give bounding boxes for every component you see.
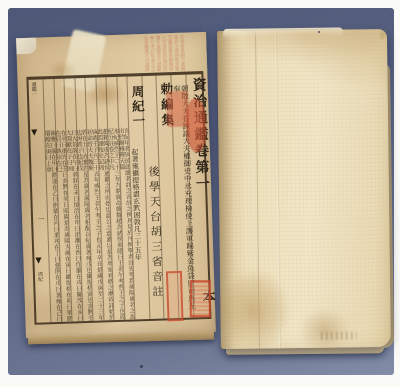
- water-stain: [216, 268, 291, 353]
- photo-background: 朱筆眉批細字歲陽歲名之義困敦赤奮若攝提格單閼執徐大荒落敦牂協洽涒灘作噩閹茂大淵獻…: [8, 8, 394, 375]
- stain: [341, 29, 388, 88]
- photo-frame: 朱筆眉批細字歲陽歲名之義困敦赤奮若攝提格單閼執徐大荒落敦牂協洽涒灘作噩閹茂大淵獻…: [0, 0, 400, 387]
- woodblock-text-frame: 通鑑一 ▼ 一 ▼ 周紀 言紀年者皆放此讀者詳之音註之例具見於凡例學者宜先考焉歲…: [26, 71, 211, 325]
- square-collector-seal: [190, 280, 211, 317]
- torn-corner-patch: [16, 38, 37, 55]
- rectangular-collector-seal: [166, 271, 184, 322]
- banxin-page-number: 一: [36, 215, 46, 222]
- dust-speck: [140, 365, 143, 368]
- banxin-chapter: 周紀: [37, 271, 43, 281]
- dust-speck: [318, 31, 320, 33]
- chapter-span-note: 起著雍攝提格盡玄黓困敦凡三十五年: [131, 148, 144, 320]
- fishtail-mark-icon: ▼: [35, 256, 41, 265]
- dirt-smudge: [321, 331, 357, 339]
- fishtail-mark-icon: ▼: [31, 128, 37, 137]
- book-left-page: 朱筆眉批細字歲陽歲名之義困敦赤奮若攝提格單閼執徐大荒落敦牂協洽涒灘作噩閹茂大淵獻…: [16, 32, 216, 338]
- banxin-title: 通鑑一: [31, 82, 37, 97]
- page-stack-edge: [28, 331, 214, 344]
- red-marginalia-text: 朱筆眉批細字歲陽歲名之義困敦赤奮若攝提格單閼執徐大荒落敦牂協洽涒灘作噩閹茂大淵獻…: [104, 35, 185, 74]
- small-collector-seal: [166, 91, 189, 128]
- book-right-page-blank: [217, 29, 391, 349]
